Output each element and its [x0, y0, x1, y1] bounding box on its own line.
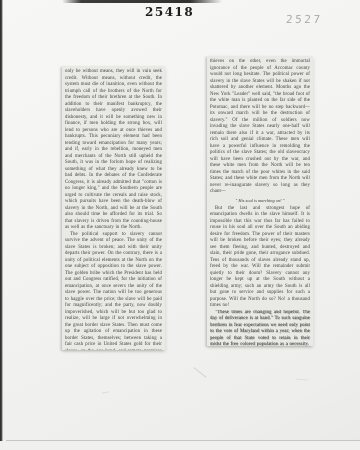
- pencil-smudge: [296, 378, 308, 380]
- stamp-number: 25418: [145, 5, 194, 19]
- clipping-paragraph: thieves on the other, even the immortal …: [210, 59, 310, 196]
- scanned-document-page: 25418 2527 only be without means, they w…: [0, 0, 360, 450]
- photocopy-top-edge-artifact: [62, 0, 222, 3]
- clipping-paragraph: only be without means, they will in vain…: [65, 69, 162, 232]
- pencil-smudge: [102, 391, 109, 393]
- newspaper-clipping-right-column: thieves on the other, even the immortal …: [207, 56, 313, 346]
- photocopy-bottom-strip: [0, 441, 360, 450]
- newspaper-clipping-left-column: only be without means, they will in vain…: [62, 66, 165, 350]
- pencil-smudge: [193, 367, 206, 378]
- clipping-paragraph: But the last and strongest hope of emanc…: [210, 206, 310, 310]
- photocopy-left-edge-artifact: [0, 0, 3, 450]
- song-quote-line: " His soul is marching on! ": [210, 198, 310, 204]
- clipping-paragraph-blurred: "These times are changing and hopeful. T…: [210, 310, 310, 347]
- clipping-paragraph: The political support to slavery cannot …: [65, 232, 162, 351]
- corner-pencil-number: 2527: [286, 13, 323, 26]
